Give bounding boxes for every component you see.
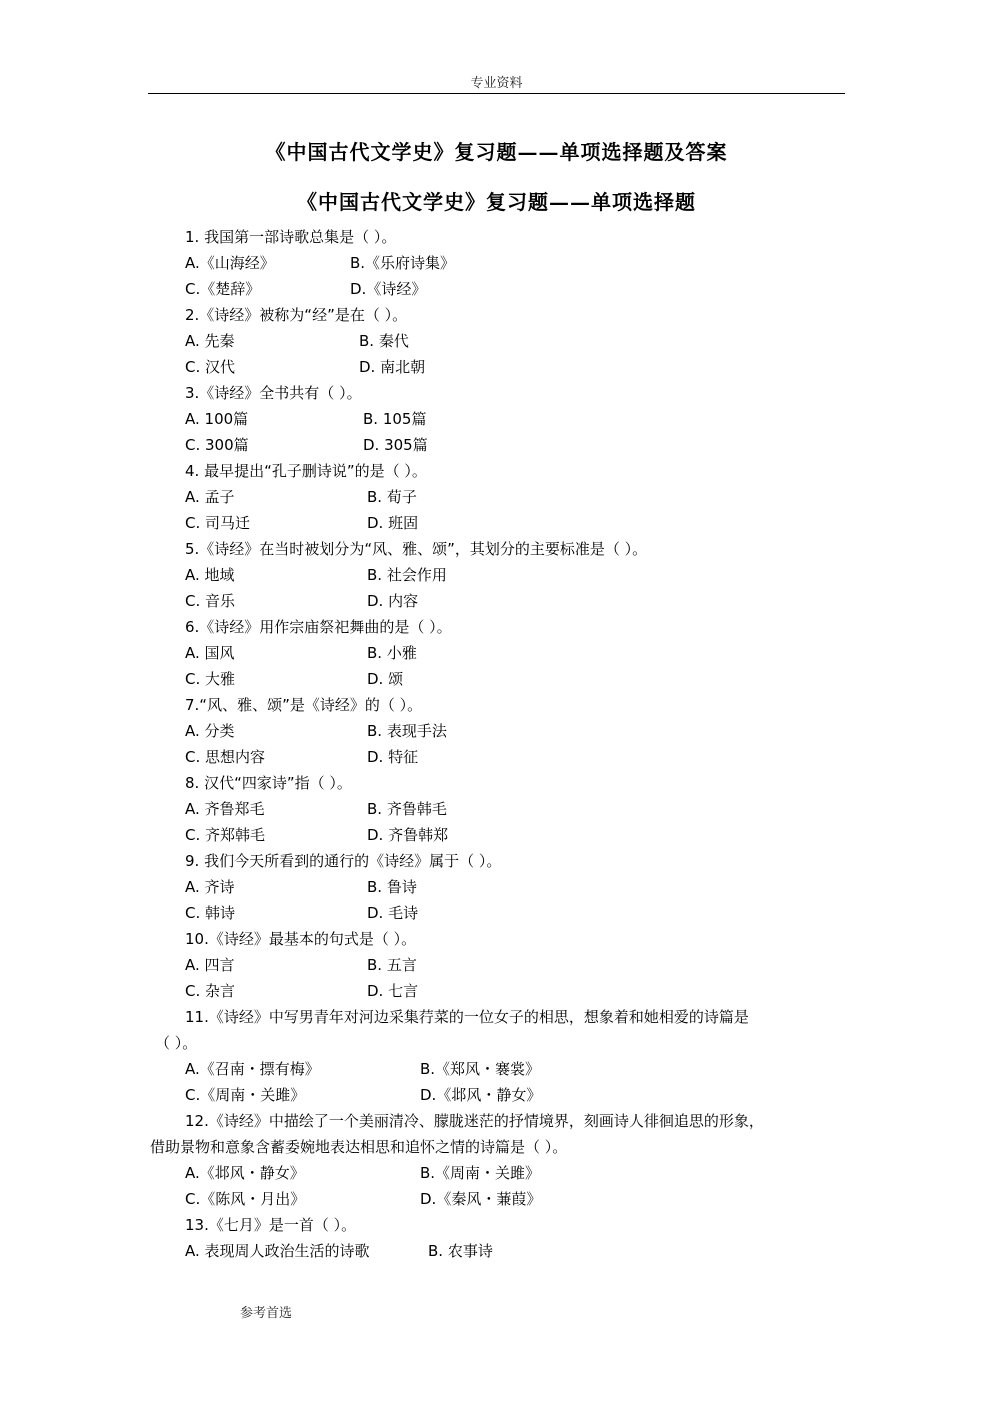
question-2: 2.《诗经》被称为“经”是在（ ）。 <box>185 305 407 325</box>
question-6: 6.《诗经》用作宗庙祭祀舞曲的是（ ）。 <box>185 617 452 637</box>
option-4a: A. 孟子 <box>185 487 235 507</box>
question-7: 7.“风、雅、颂”是《诗经》的（ ）。 <box>185 695 422 715</box>
option-6a: A. 国风 <box>185 643 235 663</box>
document-title: 《中国古代文学史》复习题——单项选择题及答案 <box>0 136 993 165</box>
question-12-cont: 借助景物和意象含蓄委婉地表达相思和追怀之情的诗篇是（ ）。 <box>150 1137 567 1157</box>
option-1d: D.《诗经》 <box>350 279 426 299</box>
option-3d: D. 305篇 <box>363 435 428 455</box>
option-3a: A. 100篇 <box>185 409 248 429</box>
option-9d: D. 毛诗 <box>367 903 418 923</box>
option-2a: A. 先秦 <box>185 331 235 351</box>
question-8: 8. 汉代“四家诗”指（ ）。 <box>185 773 352 793</box>
option-9b: B. 鲁诗 <box>367 877 417 897</box>
option-13a: A. 表现周人政治生活的诗歌 <box>185 1241 370 1261</box>
option-9a: A. 齐诗 <box>185 877 235 897</box>
option-1b: B.《乐府诗集》 <box>350 253 455 273</box>
option-4c: C. 司马迁 <box>185 513 250 533</box>
option-2b: B. 秦代 <box>359 331 409 351</box>
header-label: 专业资料 <box>0 72 993 91</box>
option-8a: A. 齐鲁郑毛 <box>185 799 265 819</box>
header-divider <box>148 93 845 94</box>
question-12: 12.《诗经》中描绘了一个美丽清冷、朦胧迷茫的抒情境界，刻画诗人徘徊追思的形象， <box>185 1111 764 1131</box>
option-9c: C. 韩诗 <box>185 903 235 923</box>
option-12c: C.《陈风・月出》 <box>185 1189 305 1209</box>
option-5c: C. 音乐 <box>185 591 235 611</box>
question-9: 9. 我们今天所看到的通行的《诗经》属于（ ）。 <box>185 851 501 871</box>
option-2d: D. 南北朝 <box>359 357 425 377</box>
question-11: 11.《诗经》中写男青年对河边采集荇菜的一位女子的相思，想象着和她相爱的诗篇是 <box>185 1007 749 1027</box>
option-8c: C. 齐郑韩毛 <box>185 825 265 845</box>
section-title: 《中国古代文学史》复习题——单项选择题 <box>0 186 993 215</box>
page-footer: 参考首选 <box>240 1302 292 1321</box>
option-7a: A. 分类 <box>185 721 235 741</box>
option-6b: B. 小雅 <box>367 643 417 663</box>
option-10c: C. 杂言 <box>185 981 235 1001</box>
option-12a: A.《邶风・静女》 <box>185 1163 305 1183</box>
option-10a: A. 四言 <box>185 955 235 975</box>
option-7d: D. 特征 <box>367 747 418 767</box>
question-3: 3.《诗经》全书共有（ ）。 <box>185 383 362 403</box>
option-4b: B. 荀子 <box>367 487 417 507</box>
option-7c: C. 思想内容 <box>185 747 265 767</box>
option-3b: B. 105篇 <box>363 409 426 429</box>
option-6c: C. 大雅 <box>185 669 235 689</box>
option-1c: C.《楚辞》 <box>185 279 260 299</box>
option-11a: A.《召南・摽有梅》 <box>185 1059 320 1079</box>
option-5a: A. 地域 <box>185 565 235 585</box>
question-13: 13.《七月》是一首（ ）。 <box>185 1215 356 1235</box>
option-10b: B. 五言 <box>367 955 417 975</box>
option-12b: B.《周南・关雎》 <box>420 1163 540 1183</box>
option-11d: D.《邶风・静女》 <box>420 1085 541 1105</box>
option-13b: B. 农事诗 <box>428 1241 493 1261</box>
option-5b: B. 社会作用 <box>367 565 447 585</box>
option-11c: C.《周南・关雎》 <box>185 1085 305 1105</box>
question-5: 5.《诗经》在当时被划分为“风、雅、颂”，其划分的主要标准是（ ）。 <box>185 539 647 559</box>
option-4d: D. 班固 <box>367 513 418 533</box>
option-3c: C. 300篇 <box>185 435 249 455</box>
question-10: 10.《诗经》最基本的句式是（ ）。 <box>185 929 416 949</box>
question-1: 1. 我国第一部诗歌总集是（ ）。 <box>185 227 396 247</box>
option-11b: B.《郑风・褰裳》 <box>420 1059 540 1079</box>
option-8b: B. 齐鲁韩毛 <box>367 799 447 819</box>
option-1a: A.《山海经》 <box>185 253 275 273</box>
option-5d: D. 内容 <box>367 591 418 611</box>
option-2c: C. 汉代 <box>185 357 235 377</box>
question-4: 4. 最早提出“孔子删诗说”的是（ ）。 <box>185 461 427 481</box>
option-6d: D. 颂 <box>367 669 403 689</box>
option-8d: D. 齐鲁韩郑 <box>367 825 448 845</box>
option-7b: B. 表现手法 <box>367 721 447 741</box>
question-11-cont: （ ）。 <box>155 1033 197 1053</box>
option-12d: D.《秦风・蒹葭》 <box>420 1189 541 1209</box>
option-10d: D. 七言 <box>367 981 418 1001</box>
